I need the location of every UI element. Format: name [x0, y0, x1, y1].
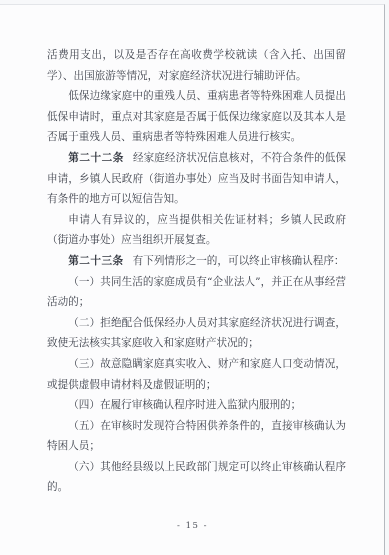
paragraph-text: （五）在审核时发现符合特困供养条件的，直接审核确认为特困人员； — [47, 420, 346, 453]
list-item-1: （一）共同生活的家庭成员有“企业法人”，并正在从事经营活动的； — [47, 272, 346, 313]
list-item-6: （六）其他经县级以上民政部门规定可以终止审核确认程序的。 — [47, 457, 346, 498]
article-number: 第二十二条 — [68, 152, 124, 164]
paragraph-article-22: 第二十二条经家庭经济状况信息核对，不符合条件的低保申请，乡镇人民政府（街道办事处… — [47, 148, 346, 210]
list-item-2: （二）拒绝配合低保经办人员对其家庭经济状况进行调查，致使无法核实其家庭收入和家庭… — [47, 313, 346, 354]
paragraph-text: 低保边缘家庭中的重残人员、重病患者等特殊困难人员提出低保申请时，重点对其家庭是否… — [47, 90, 346, 143]
paragraph: 低保边缘家庭中的重残人员、重病患者等特殊困难人员提出低保申请时，重点对其家庭是否… — [47, 86, 346, 148]
paragraph-text: 申请人有异议的，应当提供相关佐证材料；乡镇人民政府（街道办事处）应当组织开展复查… — [47, 214, 346, 247]
page-body-text: 活费用支出，以及是否存在高收费学校就读（含入托、出国留学）、出国旅游等情况，对家… — [47, 45, 346, 498]
page-number: - 15 - — [0, 521, 385, 531]
paragraph-article-23: 第二十三条有下列情形之一的，可以终止审核确认程序： — [47, 251, 346, 272]
paragraph-text: （一）共同生活的家庭成员有“企业法人”，并正在从事经营活动的； — [47, 276, 346, 309]
paragraph-text: 活费用支出，以及是否存在高收费学校就读（含入托、出国留学）、出国旅游等情况，对家… — [47, 49, 346, 82]
paragraph-text: （二）拒绝配合低保经办人员对其家庭经济状况进行调查，致使无法核实其家庭收入和家庭… — [47, 317, 346, 350]
article-number: 第二十三条 — [68, 255, 123, 267]
list-item-3: （三）故意隐瞒家庭真实收入、财产和家庭人口变动情况，或提供虚假申请材料及虚假证明… — [47, 354, 346, 395]
paragraph: 申请人有异议的，应当提供相关佐证材料；乡镇人民政府（街道办事处）应当组织开展复查… — [47, 210, 346, 251]
document-viewer: 活费用支出，以及是否存在高收费学校就读（含入托、出国留学）、出国旅游等情况，对家… — [0, 0, 389, 555]
paragraph-text: （三）故意隐瞒家庭真实收入、财产和家庭人口变动情况，或提供虚假申请材料及虚假证明… — [47, 358, 346, 391]
document-page: 活费用支出，以及是否存在高收费学校就读（含入托、出国留学）、出国旅游等情况，对家… — [0, 4, 385, 555]
list-item-4: （四）在履行审核确认程序时进入监狱内服刑的； — [47, 395, 346, 416]
paragraph-text: （六）其他经县级以上民政部门规定可以终止审核确认程序的。 — [47, 461, 346, 494]
paragraph-continuation: 活费用支出，以及是否存在高收费学校就读（含入托、出国留学）、出国旅游等情况，对家… — [47, 45, 346, 86]
paragraph-text: 有下列情形之一的，可以终止审核确认程序： — [133, 255, 345, 267]
list-item-5: （五）在审核时发现符合特困供养条件的，直接审核确认为特困人员； — [47, 416, 346, 457]
paragraph-text: （四）在履行审核确认程序时进入监狱内服刑的； — [68, 399, 301, 411]
